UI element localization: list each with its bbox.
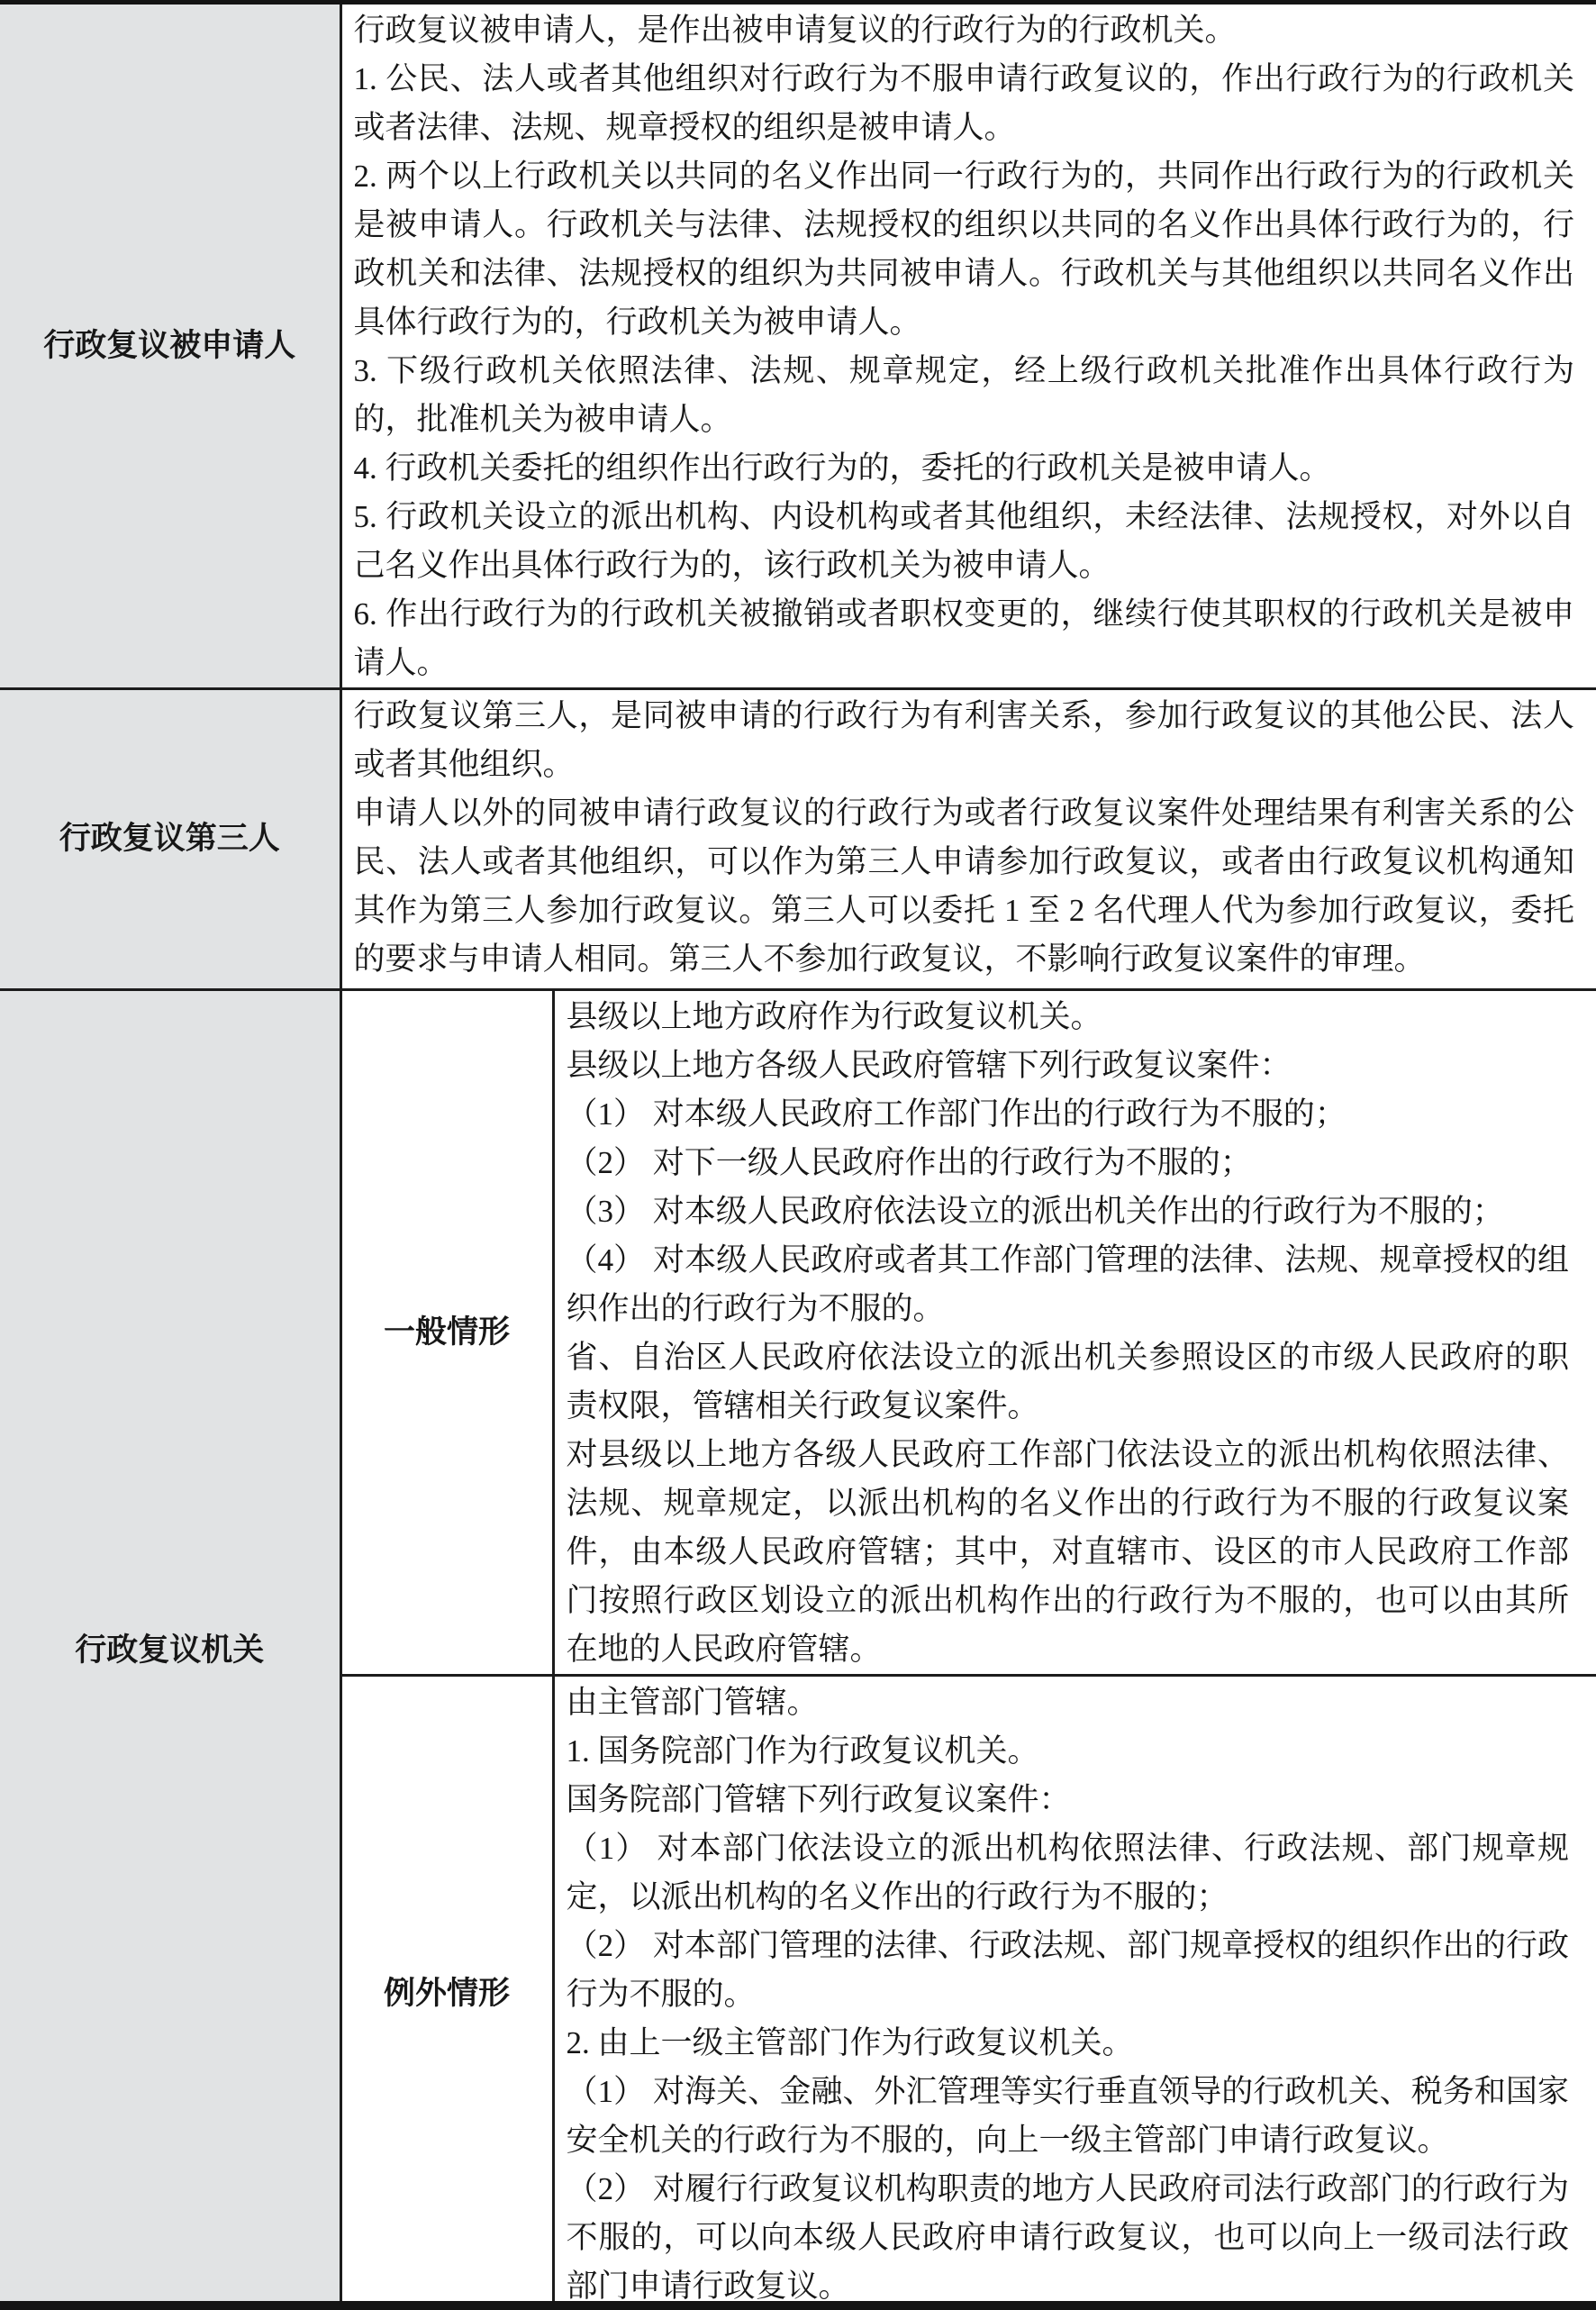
paragraph: 1. 公民、法人或者其他组织对行政行为不服申请行政复议的，作出行政行为的行政机关…	[354, 55, 1575, 152]
row-header-third-party: 行政复议第三人	[0, 689, 340, 990]
cell-general-case-content: 县级以上地方政府作为行政复议机关。县级以上地方各级人民政府管辖下列行政复议案件：…	[553, 990, 1596, 1676]
paragraph: 申请人以外的同被申请行政复议的行政行为或者行政复议案件处理结果有利害关系的公民、…	[354, 789, 1575, 984]
paragraph: 5. 行政机关设立的派出机构、内设机构或者其他组织，未经法律、法规授权，对外以自…	[354, 493, 1575, 590]
paragraph: 2. 由上一级主管部门作为行政复议机关。	[567, 2019, 1570, 2068]
paragraph: 1. 国务院部门作为行政复议机关。	[567, 1727, 1570, 1776]
row-header-respondent: 行政复议被申请人	[0, 5, 340, 689]
cell-exception-case-content: 由主管部门管辖。1. 国务院部门作为行政复议机关。国务院部门管辖下列行政复议案件…	[553, 1676, 1596, 2310]
paragraph: （2） 对下一级人民政府作出的行政行为不服的；	[567, 1139, 1570, 1187]
paragraph: 3. 下级行政机关依照法律、法规、规章规定，经上级行政机关批准作出具体行政行为的…	[354, 347, 1575, 444]
paragraph: 县级以上地方各级人民政府管辖下列行政复议案件：	[567, 1041, 1570, 1090]
paragraph: （4） 对本级人民政府或者其工作部门管理的法律、法规、规章授权的组织作出的行政行…	[567, 1236, 1570, 1333]
paragraph: 县级以上地方政府作为行政复议机关。	[567, 993, 1570, 1041]
document-page: 行政复议被申请人 行政复议被申请人，是作出被申请复议的行政行为的行政机关。1. …	[0, 0, 1596, 2310]
paragraph: 由主管部门管辖。	[567, 1678, 1570, 1727]
paragraph: （2） 对履行行政复议机构职责的地方人民政府司法行政部门的行政行为不服的，可以向…	[567, 2165, 1570, 2310]
sublabel-general-case: 一般情形	[340, 990, 553, 1676]
row-header-review-organ: 行政复议机关	[0, 990, 340, 2310]
paragraph: （2） 对本部门管理的法律、行政法规、部门规章授权的组织作出的行政行为不服的。	[567, 1922, 1570, 2019]
sublabel-exception-case: 例外情形	[340, 1676, 553, 2310]
paragraph: 行政复议被申请人，是作出被申请复议的行政行为的行政机关。	[354, 6, 1575, 55]
paragraph: （1） 对本级人民政府工作部门作出的行政行为不服的；	[567, 1090, 1570, 1139]
table-bottom-border	[0, 2301, 1596, 2310]
paragraph: （3） 对本级人民政府依法设立的派出机关作出的行政行为不服的；	[567, 1187, 1570, 1236]
paragraph: （1） 对海关、金融、外汇管理等实行垂直领导的行政机关、税务和国家安全机关的行政…	[567, 2068, 1570, 2165]
table-row: 行政复议第三人 行政复议第三人，是同被申请的行政行为有利害关系，参加行政复议的其…	[0, 689, 1596, 990]
paragraph: 2. 两个以上行政机关以共同的名义作出同一行政行为的，共同作出行政行为的行政机关…	[354, 152, 1575, 347]
paragraph: 6. 作出行政行为的行政机关被撤销或者职权变更的，继续行使其职权的行政机关是被申…	[354, 590, 1575, 687]
paragraph: 国务院部门管辖下列行政复议案件：	[567, 1776, 1570, 1824]
cell-third-party-content: 行政复议第三人，是同被申请的行政行为有利害关系，参加行政复议的其他公民、法人或者…	[340, 689, 1596, 990]
cell-respondent-content: 行政复议被申请人，是作出被申请复议的行政行为的行政机关。1. 公民、法人或者其他…	[340, 5, 1596, 689]
paragraph: 省、自治区人民政府依法设立的派出机关参照设区的市级人民政府的职责权限，管辖相关行…	[567, 1333, 1570, 1431]
table-top-border	[0, 0, 1596, 5]
paragraph: （1） 对本部门依法设立的派出机构依照法律、行政法规、部门规章规定，以派出机构的…	[567, 1824, 1570, 1922]
table-row: 行政复议被申请人 行政复议被申请人，是作出被申请复议的行政行为的行政机关。1. …	[0, 5, 1596, 689]
table-row: 行政复议机关 一般情形 县级以上地方政府作为行政复议机关。县级以上地方各级人民政…	[0, 990, 1596, 1676]
paragraph: 4. 行政机关委托的组织作出行政行为的，委托的行政机关是被申请人。	[354, 444, 1575, 493]
paragraph: 行政复议第三人，是同被申请的行政行为有利害关系，参加行政复议的其他公民、法人或者…	[354, 692, 1575, 789]
administrative-review-table: 行政复议被申请人 行政复议被申请人，是作出被申请复议的行政行为的行政机关。1. …	[0, 5, 1596, 2310]
paragraph: 对县级以上地方各级人民政府工作部门依法设立的派出机构依照法律、法规、规章规定，以…	[567, 1431, 1570, 1674]
